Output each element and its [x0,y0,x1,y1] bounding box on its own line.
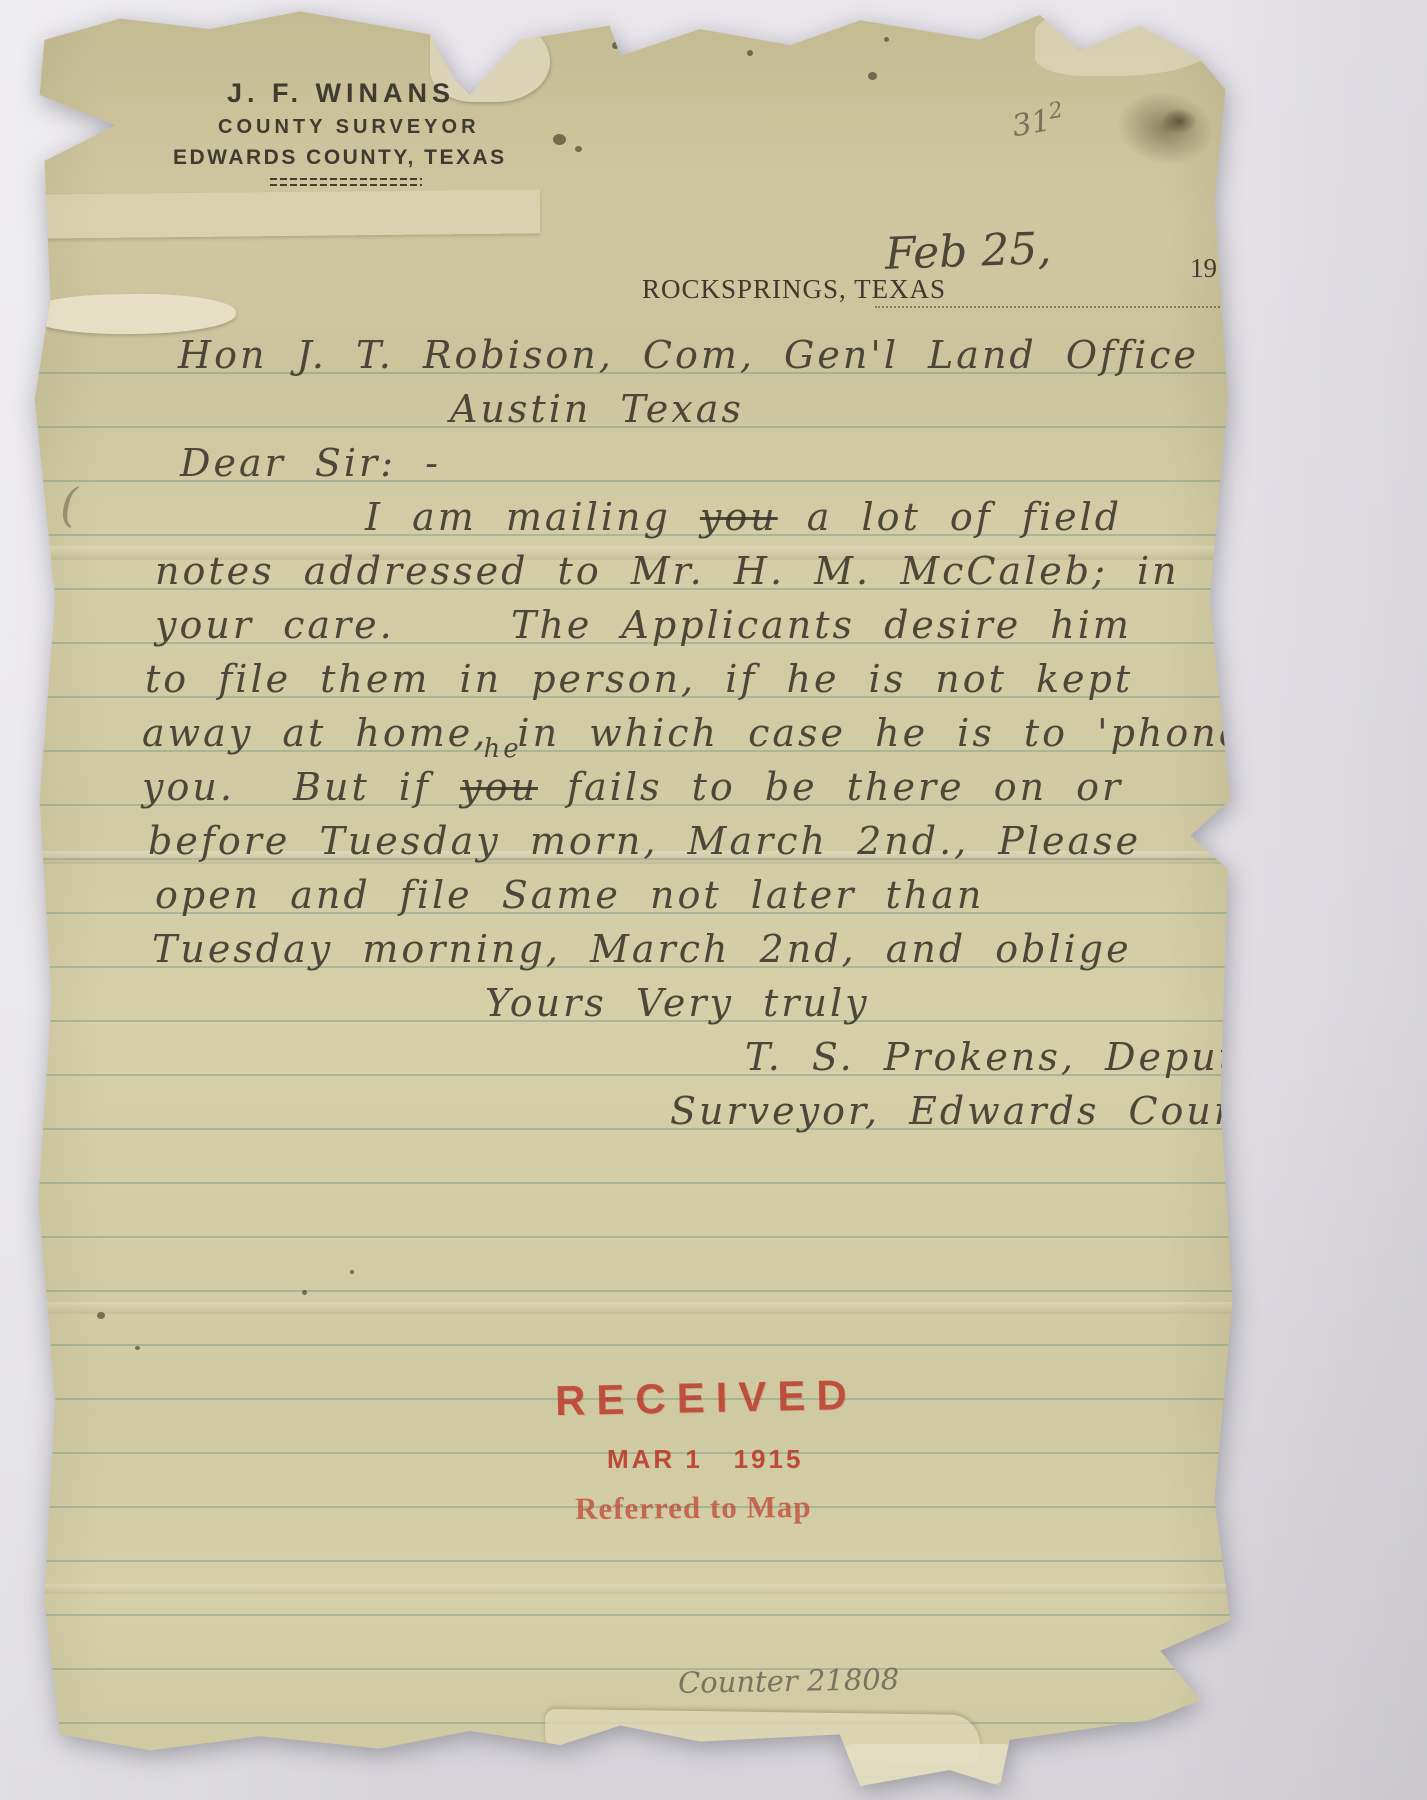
letter-text: Surveyor, Edwards County, [670,1089,1294,1133]
handwritten-lines: Hon J. T. Robison, Com, Gen'l Land Offic… [130,328,1255,1138]
ink-spot [302,1290,307,1295]
letter-text: T. S. Prokens, Deputy [745,1035,1262,1079]
letter-text: a lot of field [778,495,1122,539]
letter-line: open and file Same not later than [155,868,1255,922]
letter-text: your care. The Applicants desire him [155,603,1132,647]
letter-line: Austin Texas [450,382,1255,436]
stain [1090,67,1240,189]
tear-patch [1035,8,1220,76]
paper-shadow-wrapper: J. F. WINANS COUNTY SURVEYOR EDWARDS COU… [30,6,1235,1786]
ink-spot [612,42,619,49]
margin-mark: ( [60,478,78,532]
letter-line: Dear Sir: - [180,436,1255,490]
letter-text: Hon J. T. Robison, Com, Gen'l Land Offic… [178,333,1199,377]
letter-text: notes addressed to Mr. H. M. McCaleb; in [155,549,1180,593]
pencil-number-sup: 2 [1047,98,1065,125]
letter-text: Dear Sir: - [180,441,441,485]
pencil-number: 31 [1010,103,1054,144]
year-written: 5 [1231,246,1253,286]
ink-spot [350,1270,354,1274]
corner-code-letter: E [1290,1508,1316,1550]
letter-line: Yours Very truly [485,976,1255,1030]
stain [1155,104,1203,138]
year-printed: 191 [1190,253,1231,283]
letter-text: before Tuesday morn, March 2nd., Please [148,819,1141,863]
letter-line: your care. The Applicants desire him [155,598,1255,652]
letter-text: to file them in person, if he is not kep… [145,657,1133,701]
letter-text: I am mailing [365,495,700,539]
inserted-word: he [483,736,521,762]
letter-text: away at home, in which case he is to 'ph… [142,711,1244,755]
received-date-stamp: MAR 1 1915 [607,1444,803,1475]
tear-crease [30,189,540,238]
letter-text: you. But if [142,765,460,809]
ink-spot [135,1346,140,1350]
pencil-corner-code: Eb [1290,1506,1329,1550]
counter-annotation: Counter 21808 [678,1662,900,1700]
letter-line: Surveyor, Edwards County, [670,1084,1255,1138]
letterhead-name: J. F. WINANS [227,78,455,109]
letter-line: before Tuesday morn, March 2nd., Please [148,814,1255,868]
letter-line: away at home, in which case he is to 'ph… [142,706,1255,760]
letterhead-title: COUNTY SURVEYOR [218,116,480,139]
pencil-number-annotation: 312 [1009,98,1067,144]
letter-line: I am mailing you a lot of field [365,490,1255,544]
letter-text: Tuesday morning, March 2nd, and oblige [152,927,1132,971]
letter-line: to file them in person, if he is not kep… [145,652,1255,706]
ink-spot [884,37,889,42]
struck-word: you [700,495,778,539]
ink-spot [97,1312,105,1319]
handwritten-date: Feb 25, [884,223,1052,280]
ink-spot [868,72,877,80]
dateline-rule [875,306,1263,308]
letter-text: Austin Texas [450,387,744,431]
ink-blot [553,134,566,145]
ink-spot [747,50,753,56]
letter-line: notes addressed to Mr. H. M. McCaleb; in [155,544,1255,598]
letter-line: T. S. Prokens, Deputy [745,1030,1255,1084]
letterhead-rule [270,178,422,180]
referred-to-map-stamp: Referred to Map [575,1489,812,1527]
letter-line: you. But if heyou fails to be there on o… [142,760,1255,814]
letter-text: fails to be there on or [538,765,1123,809]
scan-background: J. F. WINANS COUNTY SURVEYOR EDWARDS COU… [0,0,1427,1800]
letterhead-rule [270,184,422,186]
received-stamp: RECEIVED [555,1371,859,1425]
letter-text: open and file Same not later than [155,873,984,917]
letter-text: Yours Very truly [485,981,870,1025]
ink-blot [575,146,582,152]
letter-paper: J. F. WINANS COUNTY SURVEYOR EDWARDS COU… [30,6,1235,1786]
letter-line: Hon J. T. Robison, Com, Gen'l Land Offic… [178,328,1255,382]
struck-word: you [460,765,538,809]
corrected-word: heyou [460,760,538,814]
dateline-year: 1915 [1190,246,1252,286]
letterhead-region: EDWARDS COUNTY, TEXAS [173,146,507,170]
corner-code-sup: b [1311,1506,1328,1532]
letter-line: Tuesday morning, March 2nd, and oblige [152,922,1255,976]
